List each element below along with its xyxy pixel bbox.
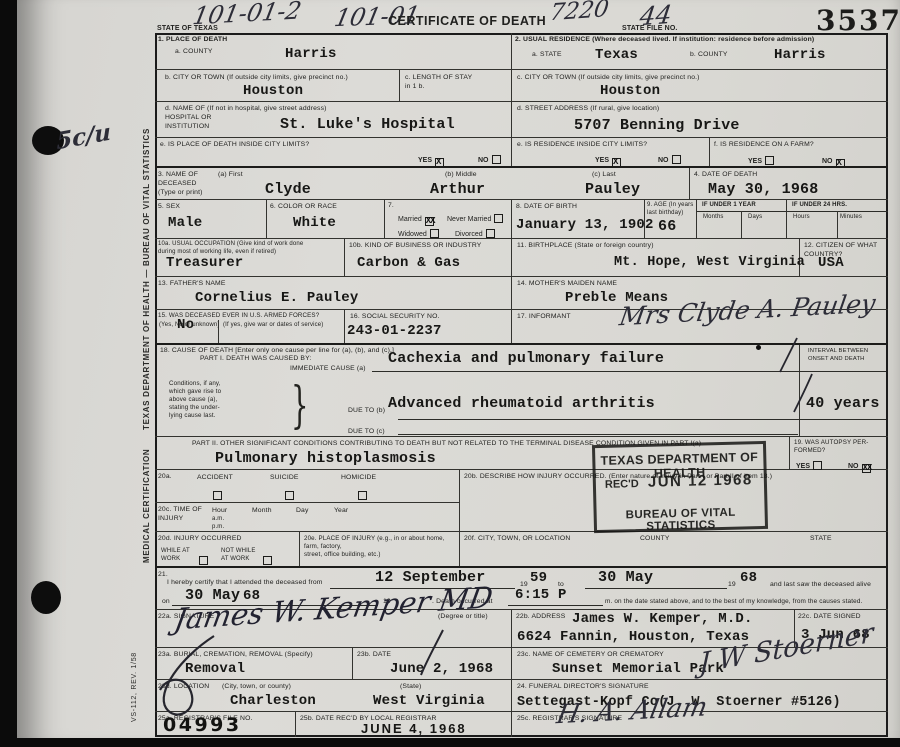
field-date-of-birth: 8. DATE OF BIRTH January 13, 1902	[512, 200, 645, 239]
state-sublabel: (State)	[400, 683, 421, 692]
divider	[837, 211, 838, 239]
field-label: f. IS RESIDENCE ON A FARM?	[714, 141, 814, 150]
handwritten-code-3: 7220	[548, 0, 610, 26]
field-label: 14. MOTHER'S MAIDEN NAME	[517, 280, 617, 289]
scanned-death-certificate: 5c/u 101-01-2 101-01 7220 44 STATE OF TE…	[0, 0, 900, 747]
field-armed-forces: 15. WAS DECEASED EVER IN U.S. ARMED FORC…	[155, 310, 345, 345]
pen-stroke-check-b	[792, 372, 814, 414]
field-city-of-death: b. CITY OR TOWN (If outside city limits,…	[155, 70, 400, 102]
month-label: Month	[252, 507, 272, 516]
field-label: 24. FUNERAL DIRECTOR'S SIGNATURE	[517, 683, 649, 692]
injury-state-label: STATE	[810, 535, 832, 544]
year-prefix: 19	[728, 581, 736, 590]
due-to-b-value: Advanced rheumatoid arthritis	[388, 396, 655, 413]
field-label: d. STREET ADDRESS (If rural, give locati…	[517, 105, 659, 114]
pen-stroke-check-a	[778, 336, 800, 374]
residence-county-label: b. COUNTY	[690, 51, 728, 60]
due-to-b-label: DUE TO (b)	[348, 407, 385, 416]
field-sex: 5. SEX Male	[155, 200, 267, 239]
field-street-address: d. STREET ADDRESS (If rural, give locati…	[512, 102, 888, 138]
certify-text-2: and last saw the deceased alive	[770, 581, 871, 590]
pen-stroke-slash	[418, 628, 446, 678]
on-text: on	[162, 598, 170, 607]
months-label: Months	[703, 214, 724, 222]
city-of-death-value: Houston	[243, 84, 303, 99]
stamp-date: JUN 12 1968	[648, 471, 753, 491]
age-value: 66	[658, 219, 676, 236]
cause-underline-c	[398, 434, 798, 435]
race-value: White	[293, 216, 336, 231]
field-label: 22b. ADDRESS	[516, 613, 565, 622]
attended-from-year: 59	[530, 571, 547, 586]
field-accident-suicide-homicide: 20a. ACCIDENT SUICIDE HOMICIDE	[155, 470, 460, 503]
immediate-cause-label: IMMEDIATE CAUSE (a)	[290, 365, 366, 374]
if-under-1-year-label: IF UNDER 1 YEAR	[702, 202, 756, 210]
received-stamp: TEXAS DEPARTMENT OF HEALTH REC'D JUN 12 …	[592, 441, 768, 533]
first-name-value: Clyde	[265, 182, 311, 199]
field-business-industry: 10b. KIND OF BUSINESS OR INDUSTRY Carbon…	[345, 239, 512, 277]
stamp-recd: REC'D	[605, 478, 639, 491]
field-injury-location: 20f. CITY, TOWN, OR LOCATION COUNTY STAT…	[460, 532, 888, 568]
fill-line	[508, 605, 603, 606]
days-label: Days	[748, 214, 762, 222]
field-usual-occupation: 10a. USUAL OCCUPATION (Give kind of work…	[155, 239, 345, 277]
homicide-label: HOMICIDE	[341, 474, 376, 483]
field-place-of-injury: 20e. PLACE OF INJURY (e.g., in or about …	[300, 532, 460, 568]
field-name-of-deceased: 3. NAME OF DECEASED (Type or print) (a) …	[155, 168, 690, 200]
field-sublabel: (If yes, give war or dates of service)	[223, 322, 323, 330]
field-place-of-death: 1. PLACE OF DEATH a. COUNTY Harris	[155, 33, 512, 70]
due-to-c-label: DUE TO (c)	[348, 428, 385, 437]
field-citizen-of: 12. CITIZEN OF WHAT COUNTRY? USA	[800, 239, 888, 277]
fill-line	[585, 588, 727, 589]
certificate-title: CERTIFICATE OF DEATH	[388, 13, 546, 29]
field-label: 8. DATE OF BIRTH	[516, 203, 577, 212]
occupation-value: Treasurer	[166, 256, 243, 271]
field-registrar-file-no: 25a. REGISTRAR'S FILE NO. 04993	[155, 712, 296, 737]
day-label: Day	[296, 507, 309, 516]
state-file-no-label: STATE FILE NO.	[622, 24, 678, 33]
field-label: 17. INFORMANT	[517, 313, 571, 322]
field-fathers-name: 13. FATHER'S NAME Cornelius E. Pauley	[155, 277, 512, 310]
field-label: 4. DATE OF DEATH	[694, 171, 757, 180]
birthplace-value: Mt. Hope, West Virginia	[614, 256, 805, 271]
street-address-value: 5707 Benning Drive	[574, 118, 740, 135]
middle-name-label: (b) Middle	[445, 171, 477, 180]
ampm-label: a.m. p.m.	[212, 516, 224, 532]
field-label: 20e. PLACE OF INJURY (e.g., in or about …	[304, 535, 459, 559]
armed-forces-value: No	[177, 318, 194, 333]
suicide-label: SUICIDE	[270, 474, 299, 483]
brace-glyph: }	[291, 376, 308, 434]
field-label: INTERVAL BETWEEN ONSET AND DEATH	[808, 348, 868, 363]
residence-city-value: Houston	[600, 84, 660, 99]
first-name-label: (a) First	[218, 171, 243, 180]
hour-label: Hour	[212, 507, 227, 516]
form-number-vertical: VS-112, REV. 1/58	[131, 652, 138, 722]
field-age: 9. AGE (In years last birthday) 66	[645, 200, 697, 239]
field-label: 23c. NAME OF CEMETERY OR CREMATORY	[517, 651, 664, 660]
field-label: 20d. INJURY OCCURRED	[158, 535, 242, 544]
state-value: Texas	[595, 48, 638, 63]
field-label: c. CITY OR TOWN (If outside city limits,…	[517, 74, 700, 83]
field-label: 3. NAME OF DECEASED (Type or print)	[158, 171, 203, 197]
field-label: c. LENGTH OF STAY in 1 b.	[405, 74, 472, 92]
sex-value: Male	[168, 216, 202, 231]
not-while-at-work-label: NOT WHILE AT WORK	[221, 548, 256, 564]
field-label: 23b. DATE	[357, 651, 391, 660]
date-received-value: JUNE 4, 1968	[361, 721, 467, 736]
attended-to-date: 30 May	[598, 570, 653, 587]
field-death-inside-city-limits: e. IS PLACE OF DEATH INSIDE CITY LIMITS?	[155, 138, 512, 168]
state-of-texas-label: STATE OF TEXAS	[157, 24, 218, 33]
field-label: 1. PLACE OF DEATH	[158, 36, 227, 45]
pen-stroke-loop	[150, 632, 230, 714]
field-marital-status: 7. MarriedXX Never Married Widowed Divor…	[385, 200, 512, 239]
while-at-work-label: WHILE AT WORK	[161, 548, 190, 564]
interval-b-value: 40 years	[806, 396, 880, 413]
field-label: 10b. KIND OF BUSINESS OR INDUSTRY	[349, 242, 481, 251]
burial-state-value: West Virginia	[373, 694, 485, 709]
field-label: e. IS RESIDENCE INSIDE CITY LIMITS?	[517, 141, 647, 150]
burial-city-value: Charleston	[230, 694, 316, 709]
field-label: 20c. TIME OF INJURY	[158, 506, 202, 524]
middle-name-value: Arthur	[430, 182, 485, 199]
divider	[741, 211, 742, 239]
citizen-value: USA	[818, 256, 844, 271]
field-label: 12. CITIZEN OF WHAT COUNTRY?	[804, 242, 888, 260]
field-hospital: d. NAME OF (If not in hospital, give str…	[155, 102, 512, 138]
time-of-death-value: 6:15 P	[515, 588, 567, 603]
accident-label: ACCIDENT	[197, 474, 233, 483]
field-residence-city: c. CITY OR TOWN (If outside city limits,…	[512, 70, 888, 102]
divider	[786, 200, 787, 239]
certify-text-4: m. on the date stated above, and to the …	[605, 598, 863, 606]
field-label: 9. AGE (In years last birthday)	[647, 202, 693, 218]
county-value: Harris	[285, 47, 337, 62]
field-birthplace: 11. BIRTHPLACE (State or foreign country…	[512, 239, 800, 277]
injury-county-label: COUNTY	[640, 535, 670, 544]
field-label: e. IS PLACE OF DEATH INSIDE CITY LIMITS?	[160, 141, 309, 150]
date-of-birth-value: January 13, 1902	[516, 218, 654, 233]
field-label: 2. USUAL RESIDENCE (Where deceased lived…	[515, 36, 814, 45]
stamp-line3: BUREAU OF VITAL STATISTICS	[597, 506, 766, 534]
county-label: a. COUNTY	[175, 48, 213, 57]
if-under-24-hrs-label: IF UNDER 24 HRS.	[792, 202, 847, 210]
field-label: b. CITY OR TOWN (If outside city limits,…	[165, 74, 348, 83]
field-color-or-race: 6. COLOR OR RACE White	[267, 200, 385, 239]
part1-label: PART I. DEATH WAS CAUSED BY:	[200, 355, 311, 364]
part2-value: Pulmonary histoplasmosis	[215, 451, 436, 468]
field-if-under-age: IF UNDER 1 YEAR IF UNDER 24 HRS. Months …	[697, 200, 888, 239]
field-time-of-injury: 20c. TIME OF INJURY Hour a.m. p.m. Month…	[155, 503, 460, 532]
hospital-value: St. Luke's Hospital	[280, 117, 455, 134]
conditions-note: Conditions, if any, which gave rise to a…	[169, 380, 221, 420]
field-label: 7.	[388, 202, 394, 211]
field-injury-occurred: 20d. INJURY OCCURRED WHILE AT WORK NOT W…	[155, 532, 300, 568]
field-label: 5. SEX	[158, 203, 180, 212]
city-town-county-sublabel: (City, town, or county)	[222, 683, 291, 692]
divider	[218, 320, 219, 345]
field-residence-on-farm: f. IS RESIDENCE ON A FARM?	[710, 138, 888, 168]
field-date-received-registrar: 25b. DATE REC'D BY LOCAL REGISTRAR JUNE …	[296, 712, 512, 737]
medical-certification-vertical-label: MEDICAL CERTIFICATION	[142, 449, 151, 563]
attended-to-year: 68	[740, 571, 757, 586]
last-name-value: Pauley	[585, 182, 640, 199]
hole-punch-bottom	[31, 581, 61, 614]
state-label: a. STATE	[532, 51, 562, 60]
industry-value: Carbon & Gas	[357, 256, 460, 271]
field-length-of-stay: c. LENGTH OF STAY in 1 b.	[400, 70, 512, 102]
field-label: 11. BIRTHPLACE (State or foreign country…	[517, 242, 654, 251]
physician-name-value: James W. Kemper, M.D.	[572, 612, 753, 627]
field-label: 20f. CITY, TOWN, OR LOCATION	[464, 535, 570, 544]
immediate-cause-value: Cachexia and pulmonary failure	[388, 351, 664, 368]
fathers-name-value: Cornelius E. Pauley	[195, 291, 358, 306]
field-label: 19. WAS AUTOPSY PER- FORMED?	[794, 439, 868, 455]
residence-county-value: Harris	[774, 48, 826, 63]
field-usual-residence: 2. USUAL RESIDENCE (Where deceased lived…	[512, 33, 888, 70]
hours-label: Hours	[793, 214, 810, 222]
registrar-file-no-value: 04993	[163, 714, 242, 736]
dept-vertical-label: TEXAS DEPARTMENT OF HEALTH — BUREAU OF V…	[142, 128, 151, 430]
field-label: 6. COLOR OR RACE	[270, 203, 337, 212]
date-of-death-value: May 30, 1968	[708, 182, 818, 199]
field-label: 16. SOCIAL SECURITY NO.	[350, 313, 440, 322]
last-name-label: (c) Last	[592, 171, 616, 180]
field-label: 13. FATHER'S NAME	[158, 280, 226, 289]
year-label: Year	[334, 507, 348, 516]
field-social-security-no: 16. SOCIAL SECURITY NO. 243-01-2237	[345, 310, 512, 345]
minutes-label: Minutes	[840, 214, 862, 222]
ssn-value: 243-01-2237	[347, 324, 442, 339]
field-date-of-death: 4. DATE OF DEATH May 30, 1968	[690, 168, 888, 200]
physician-address-value: 6624 Fannin, Houston, Texas	[517, 630, 749, 645]
field-label: 20a.	[158, 473, 172, 482]
divider	[697, 211, 888, 212]
